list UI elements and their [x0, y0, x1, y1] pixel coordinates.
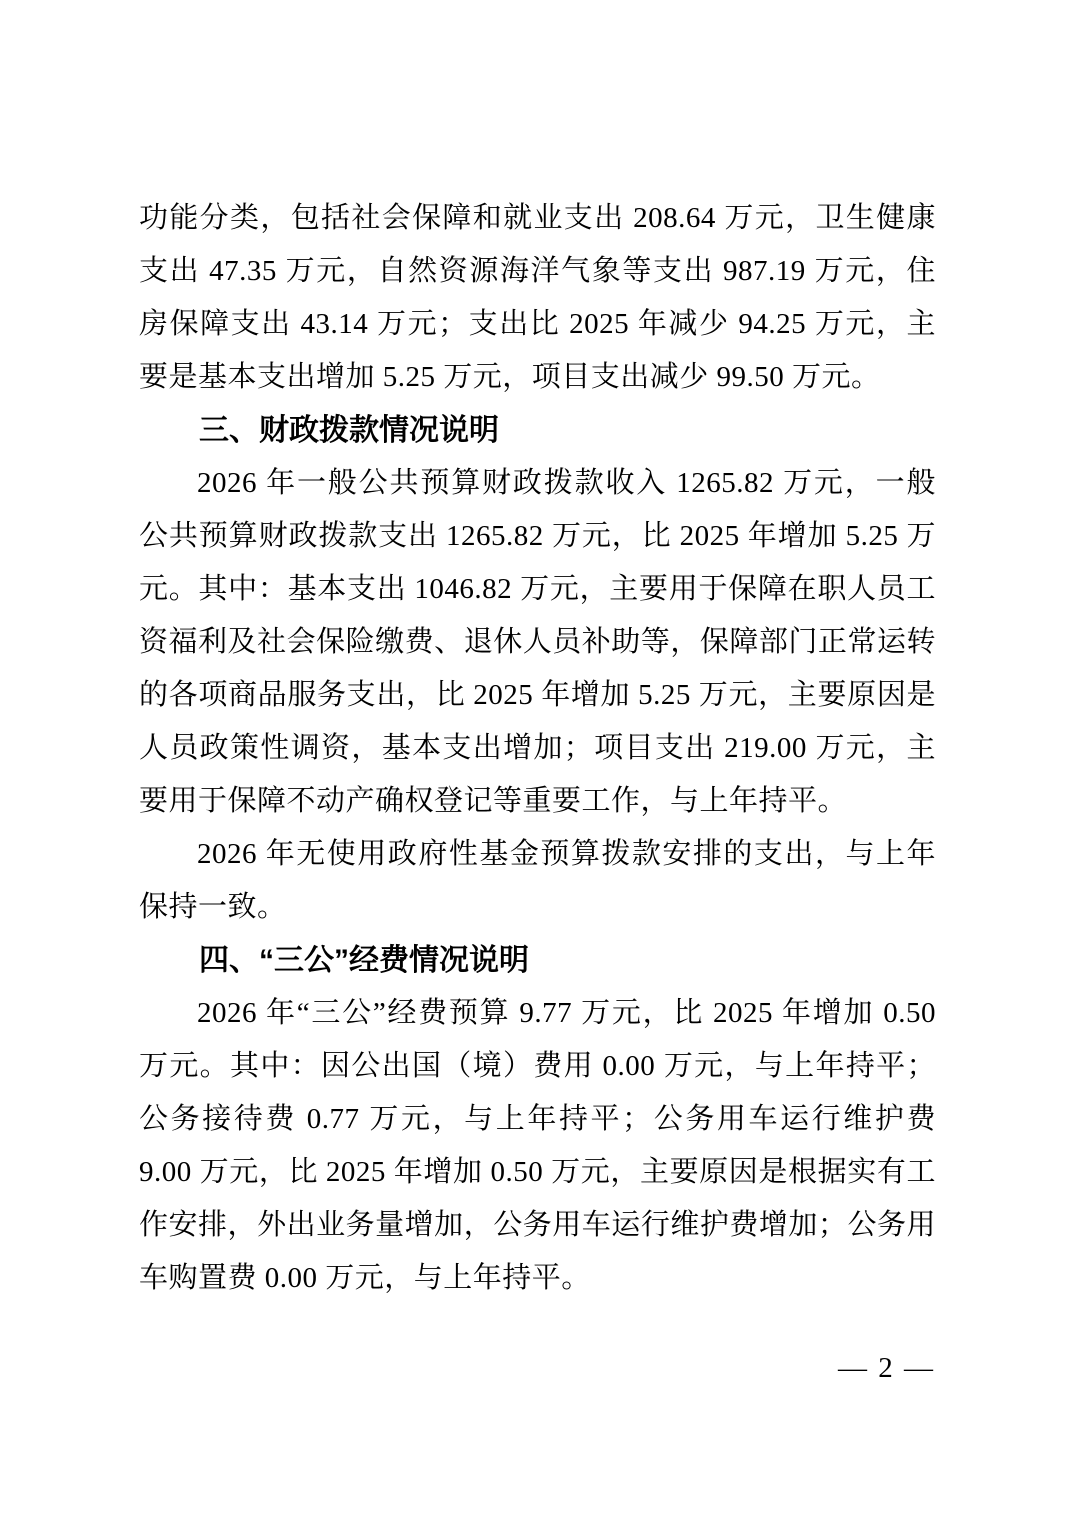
paragraph-three-public-expenses-detail: 2026 年“三公”经费预算 9.77 万元，比 2025 年增加 0.50 万…: [139, 987, 936, 1305]
heading-section-3-fiscal-appropriation: 三、财政拨款情况说明: [139, 404, 936, 457]
document-page: 功能分类，包括社会保障和就业支出 208.64 万元，卫生健康支出 47.35 …: [0, 0, 1074, 1520]
heading-section-4-three-public-expenses: 四、“三公”经费情况说明: [139, 934, 936, 987]
paragraph-government-fund-budget: 2026 年无使用政府性基金预算拨款安排的支出，与上年保持一致。: [139, 828, 936, 934]
paragraph-expenditure-function-classification: 功能分类，包括社会保障和就业支出 208.64 万元，卫生健康支出 47.35 …: [139, 192, 936, 404]
paragraph-fiscal-appropriation-detail: 2026 年一般公共预算财政拨款收入 1265.82 万元，一般公共预算财政拨款…: [139, 457, 936, 828]
document-body: 功能分类，包括社会保障和就业支出 208.64 万元，卫生健康支出 47.35 …: [139, 192, 936, 1305]
page-number: — 2 —: [838, 1342, 935, 1395]
